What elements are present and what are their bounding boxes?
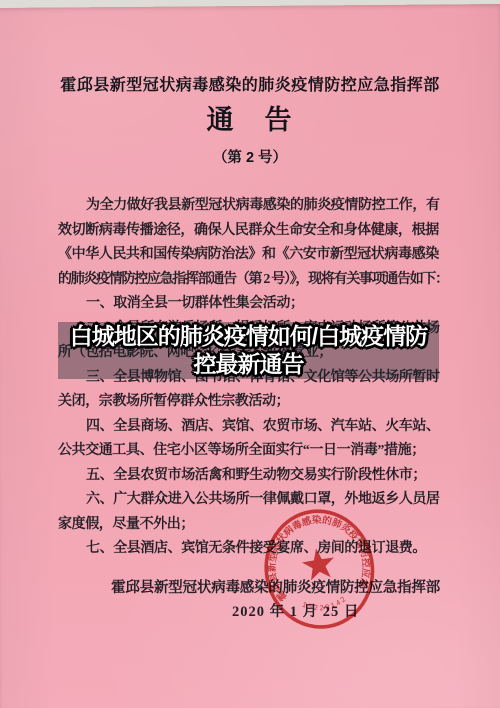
notice-content: 霍邱县新型冠状病毒感染的肺炎疫情防控应急指挥部 通 告 （第 2 号） 为全力做…: [0, 0, 500, 708]
body-line: 的肺炎疫情防控应急指挥部通告（第 2 号）》，现将有关事项通告如下：: [58, 268, 440, 293]
issue-number: （第 2 号）: [0, 146, 500, 167]
body-line: 四、全县商场、酒店、宾馆、农贸市场、汽车站、火车站、: [58, 415, 440, 440]
body-line: 家度假，尽量不外出；: [58, 513, 440, 538]
headline-line-2: 控最新通告: [194, 351, 304, 379]
body-line: 关闭，宗教场所暂停群众性宗教活动；: [58, 390, 440, 415]
official-red-seal: 霍邱县新型冠状病毒感染的肺炎疫情防控应急指挥部 15220142: [253, 500, 387, 641]
body-line: 七、全县酒店、宾馆无条件接受宴席、房间的退订退费。: [58, 537, 440, 562]
notice-title: 通 告: [0, 98, 500, 137]
issuing-authority-header: 霍邱县新型冠状病毒感染的肺炎疫情防控应急指挥部: [0, 72, 500, 95]
body-line: 六、广大群众进入公共场所一律佩戴口罩，外地返乡人员居: [58, 488, 440, 513]
seal-code-text: 15220142: [300, 593, 350, 616]
body-line: 一、取消全县一切群体性集会活动；: [58, 292, 440, 317]
body-line: 效切断病毒传播途径，确保人民群众生命安全和身体健康，根据: [58, 219, 440, 244]
body-line: 为全力做好我县新型冠状病毒感染的肺炎疫情防控工作，有: [58, 194, 440, 219]
headline-line-1: 白城地区的肺炎疫情如何/白城疫情防: [70, 323, 427, 351]
seal-code-holder: 15220142: [300, 593, 350, 616]
body-line: 五、全县农贸市场活禽和野生动物交易实行阶段性休市；: [58, 464, 440, 489]
body-line: 公共交通工具、住宅小区等场所全面实行“一日一消毒”措施；: [58, 439, 440, 464]
headline-overlay-banner: 白城地区的肺炎疫情如何/白城疫情防 控最新通告: [58, 322, 439, 379]
body-line: 《中华人民共和国传染病防治法》和《六安市新型冠状病毒感染: [58, 243, 440, 268]
seal-star-icon: [300, 546, 337, 581]
photographed-notice: 霍邱县新型冠状病毒感染的肺炎疫情防控应急指挥部 通 告 （第 2 号） 为全力做…: [0, 0, 500, 708]
